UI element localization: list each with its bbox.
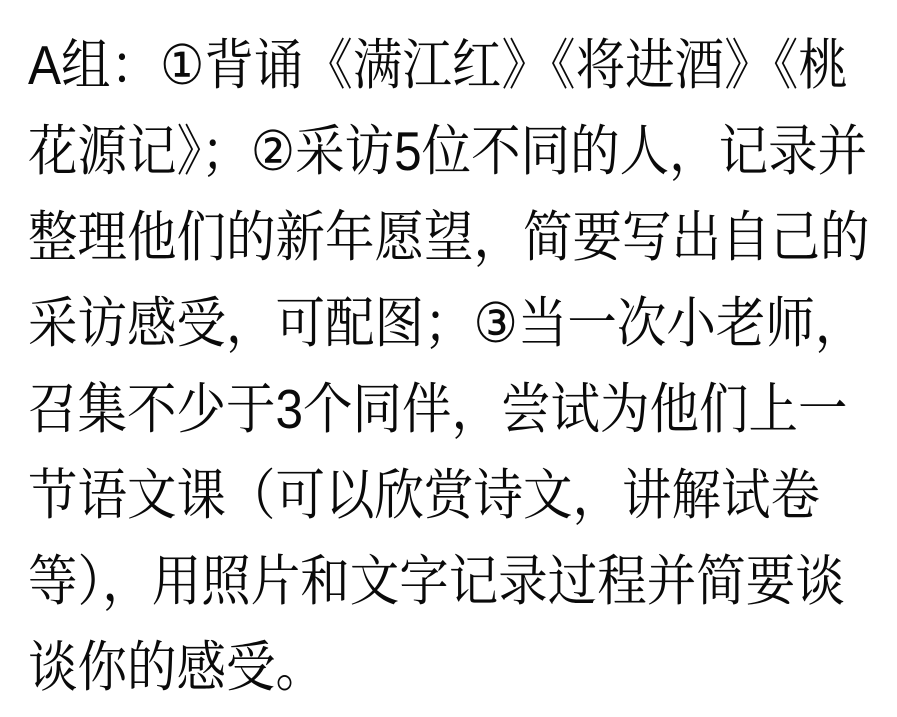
text-line-6: 节语文课（可以欣赏诗文，讲解试卷 — [28, 452, 810, 538]
text-line-8: 谈你的感受。 — [28, 624, 810, 710]
text-line-4: 采访感受，可配图；③当一次小老师， — [28, 280, 810, 366]
text-line-3: 整理他们的新年愿望，简要写出自己的 — [28, 194, 810, 280]
text-line-7: 等），用照片和文字记录过程并简要谈 — [28, 538, 810, 624]
text-line-1: A组：①背诵《满江红》《将进酒》《桃 — [28, 22, 810, 108]
text-line-2: 花源记》；②采访5位不同的人，记录并 — [28, 108, 810, 194]
document-page: A组：①背诵《满江红》《将进酒》《桃 花源记》；②采访5位不同的人，记录并 整理… — [0, 0, 897, 717]
text-line-5: 召集不少于3个同伴，尝试为他们上一 — [28, 366, 810, 452]
